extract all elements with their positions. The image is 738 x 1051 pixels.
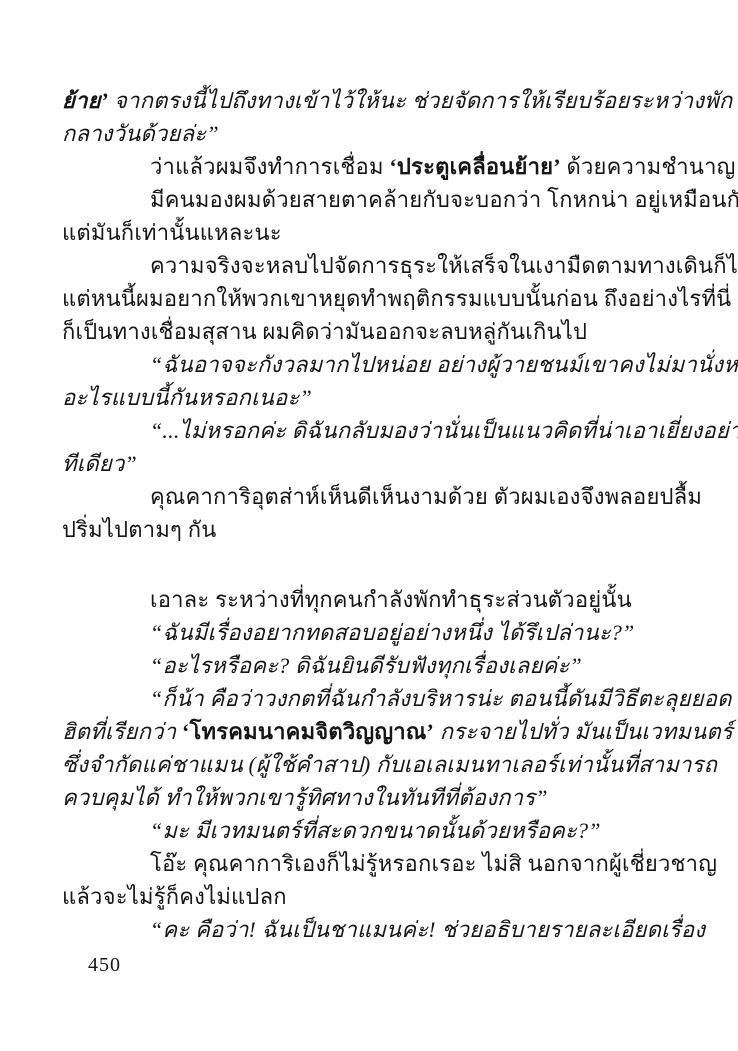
text-line: “...ไม่หรอกค่ะ ดิฉันกลับมองว่านั่นเป็นแน… [62, 414, 668, 447]
text-segment: ‘โทรคมนาคมจิตวิญญาณ’ [182, 719, 434, 744]
text-line: เอาละ ระหว่างที่ทุกคนกำลังพักทำธุระส่วนต… [62, 583, 668, 616]
text-line: ฮิตที่เรียกว่า ‘โทรคมนาคมจิตวิญญาณ’ กระจ… [62, 715, 668, 748]
text-segment: ว่าแล้วผมจึงทำการเชื่อม [150, 154, 389, 179]
text-segment: แต่มันก็เท่านั้นแหละนะ [62, 220, 282, 245]
text-segment: “ก็น้า คือว่าวงกตที่ฉันกำลังบริหารน่ะ ตอ… [150, 686, 732, 711]
text-line: ทีเดียว” [62, 447, 668, 480]
text-line: “ก็น้า คือว่าวงกตที่ฉันกำลังบริหารน่ะ ตอ… [62, 682, 668, 715]
text-segment: ย้าย’ [62, 88, 108, 113]
text-segment: “อะไรหรือคะ? ดิฉันยินดีรับฟังทุกเรื่องเล… [150, 653, 582, 678]
text-segment: “...ไม่หรอกค่ะ ดิฉันกลับมองว่านั่นเป็นแน… [150, 418, 738, 443]
text-line: มีคนมองผมด้วยสายตาคล้ายกับจะบอกว่า โกหกน… [62, 183, 668, 216]
text-line: ก็เป็นทางเชื่อมสุสาน ผมคิดว่ามันออกจะลบห… [62, 315, 668, 348]
text-segment: “ฉันอาจจะกังวลมากไปหน่อย อย่างผู้วายชนม์… [150, 352, 738, 377]
text-line: ปริ่มไปตามๆ กัน [62, 513, 668, 546]
text-segment: ด้วยความชำนาญ [561, 154, 736, 179]
text-line: แล้วจะไม่รู้ก็คงไม่แปลก [62, 880, 668, 913]
text-segment: กลางวันด้วยล่ะ” [62, 121, 219, 146]
text-line: แต่มันก็เท่านั้นแหละนะ [62, 216, 668, 249]
text-line: ว่าแล้วผมจึงทำการเชื่อม ‘ประตูเคลื่อนย้า… [62, 150, 668, 183]
text-segment: โอ๊ะ คุณคาการิเองก็ไม่รู้หรอกเรอะ ไม่สิ … [150, 851, 717, 876]
text-line: ความจริงจะหลบไปจัดการธุระให้เสร็จในเงามื… [62, 249, 668, 282]
text-segment: ก็เป็นทางเชื่อมสุสาน ผมคิดว่ามันออกจะลบห… [62, 319, 587, 344]
text-line: คุณคาการิอุตส่าห์เห็นดีเห็นงามด้วย ตัวผม… [62, 480, 668, 513]
text-segment: เอาละ ระหว่างที่ทุกคนกำลังพักทำธุระส่วนต… [150, 587, 632, 612]
book-page: ย้าย’ จากตรงนี้ไปถึงทางเข้าไว้ให้นะ ช่วย… [0, 0, 738, 1051]
text-segment: กระจายไปทั่ว มันเป็นเวทมนตร์ [434, 719, 733, 744]
text-segment: อะไรแบบนี้กันหรอกเนอะ” [62, 385, 312, 410]
text-line: อะไรแบบนี้กันหรอกเนอะ” [62, 381, 668, 414]
text-line: กลางวันด้วยล่ะ” [62, 117, 668, 150]
text-segment: แล้วจะไม่รู้ก็คงไม่แปลก [62, 884, 287, 909]
text-segment: มีคนมองผมด้วยสายตาคล้ายกับจะบอกว่า โกหกน… [150, 187, 738, 212]
text-segment: ซึ่งจำกัดแค่ชาแมน (ผู้ใช้คำสาป) กับเอเลเ… [62, 752, 717, 777]
text-segment: ความจริงจะหลบไปจัดการธุระให้เสร็จในเงามื… [150, 253, 738, 278]
page-number: 450 [88, 952, 121, 978]
text-line: แต่หนนี้ผมอยากให้พวกเขาหยุดทำพฤติกรรมแบบ… [62, 282, 668, 315]
text-segment: จากตรงนี้ไปถึงทางเข้าไว้ให้นะ ช่วยจัดการ… [108, 88, 732, 113]
text-segment: คุณคาการิอุตส่าห์เห็นดีเห็นงามด้วย ตัวผม… [150, 484, 702, 509]
text-segment: ทีเดียว” [62, 451, 137, 476]
scene-break-gap [62, 546, 668, 583]
text-segment: ปริ่มไปตามๆ กัน [62, 517, 217, 542]
text-segment: “คะ คือว่า! ฉันเป็นชาแมนค่ะ! ช่วยอธิบายร… [150, 917, 705, 942]
text-line: ควบคุมได้ ทำให้พวกเขารู้ทิศทางในทันทีที่… [62, 781, 668, 814]
text-line: ย้าย’ จากตรงนี้ไปถึงทางเข้าไว้ให้นะ ช่วย… [62, 84, 668, 117]
text-segment: “มะ มีเวทมนตร์ที่สะดวกขนาดนั้นด้วยหรือคะ… [150, 818, 601, 843]
text-segment: ‘ประตูเคลื่อนย้าย’ [389, 154, 560, 179]
text-segment: “ฉันมีเรื่องอยากทดสอบอยู่อย่างหนึ่ง ได้ร… [150, 620, 635, 645]
text-segment: ฮิตที่เรียกว่า [62, 719, 182, 744]
text-line: ซึ่งจำกัดแค่ชาแมน (ผู้ใช้คำสาป) กับเอเลเ… [62, 748, 668, 781]
text-line: โอ๊ะ คุณคาการิเองก็ไม่รู้หรอกเรอะ ไม่สิ … [62, 847, 668, 880]
text-line: “มะ มีเวทมนตร์ที่สะดวกขนาดนั้นด้วยหรือคะ… [62, 814, 668, 847]
text-line: “ฉันมีเรื่องอยากทดสอบอยู่อย่างหนึ่ง ได้ร… [62, 616, 668, 649]
text-line: “คะ คือว่า! ฉันเป็นชาแมนค่ะ! ช่วยอธิบายร… [62, 913, 668, 946]
text-segment: ควบคุมได้ ทำให้พวกเขารู้ทิศทางในทันทีที่… [62, 785, 548, 810]
text-segment: แต่หนนี้ผมอยากให้พวกเขาหยุดทำพฤติกรรมแบบ… [62, 286, 731, 311]
body-text: ย้าย’ จากตรงนี้ไปถึงทางเข้าไว้ให้นะ ช่วย… [62, 84, 668, 946]
text-line: “อะไรหรือคะ? ดิฉันยินดีรับฟังทุกเรื่องเล… [62, 649, 668, 682]
text-line: “ฉันอาจจะกังวลมากไปหน่อย อย่างผู้วายชนม์… [62, 348, 668, 381]
